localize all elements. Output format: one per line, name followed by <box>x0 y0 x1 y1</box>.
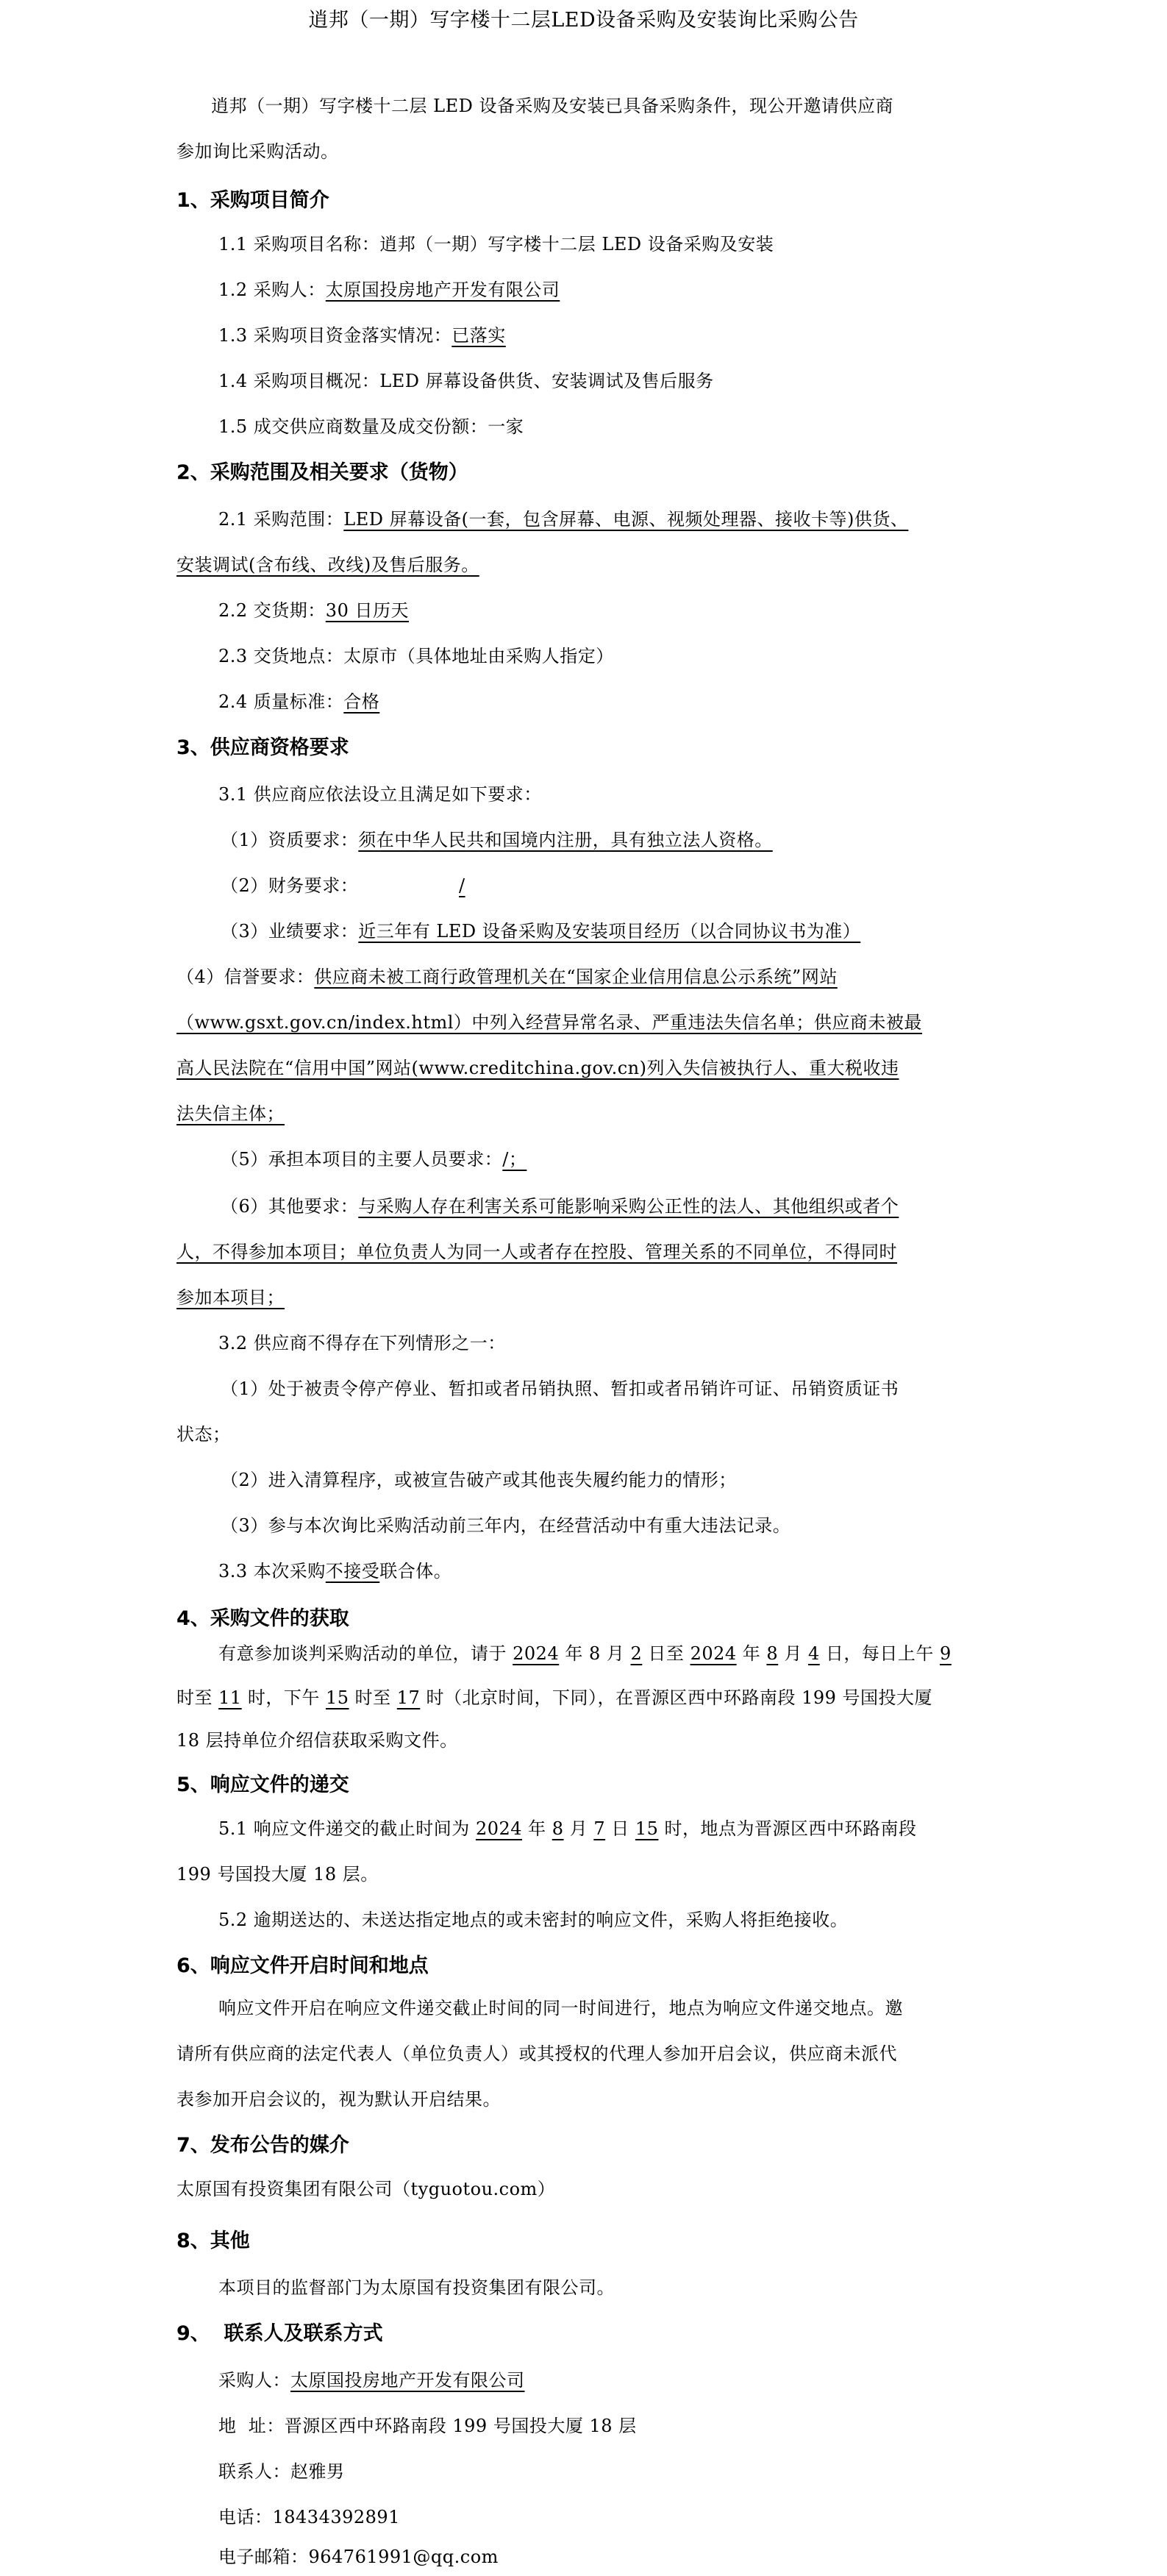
item-3-1: 3.1 供应商应依法设立且满足如下要求： <box>218 783 542 806</box>
s6-line-3: 表参加开启会议的，视为默认开启结果。 <box>176 2088 501 2111</box>
exclusion-1-cont: 状态； <box>176 1423 231 1446</box>
item-5-1-cont: 199 号国投大厦 18 层。 <box>176 1862 379 1886</box>
text: 日，每日上午 <box>820 1643 940 1664</box>
text: 年 <box>522 1818 552 1839</box>
purchaser-name: 太原国投房地产开发有限公司 <box>326 280 560 300</box>
label: 2.2 交货期： <box>218 600 326 621</box>
value: 一家 <box>488 416 524 437</box>
value: 30 日历天 <box>326 600 409 621</box>
text: 有意参加谈判采购活动的单位，请于 <box>218 1643 513 1664</box>
value: 赵雅男 <box>290 2461 345 2482</box>
req-6: （6）其他要求：与采购人存在利害关系可能影响采购公正性的法人、其他组织或者个 <box>221 1195 899 1218</box>
email-address: 964761991@qq.com <box>309 2547 499 2567</box>
item-2-1-cont: 安装调试(含布线、改线)及售后服务。 <box>176 553 479 577</box>
text: 时，下午 <box>242 1687 326 1708</box>
item-2-3: 2.3 交货地点：太原市（具体地址由采购人指定） <box>218 644 614 668</box>
value: 供应商未被工商行政管理机关在“国家企业信用信息公示系统”网站 <box>314 967 838 987</box>
text: 时至 <box>349 1687 397 1708</box>
text: 日 <box>605 1818 635 1839</box>
contact-person: 联系人：赵雅男 <box>218 2460 345 2483</box>
section-9-heading: 9、 联系人及联系方式 <box>176 2321 383 2346</box>
value: 近三年有 LED 设备采购及安装项目经历（以合同协议书为准） <box>358 921 860 942</box>
exclusion-2: （2）进入清算程序，或被宣告破产或其他丧失履约能力的情形； <box>221 1468 737 1492</box>
section-1-heading: 1、采购项目简介 <box>176 188 329 213</box>
hour: 11 <box>218 1687 242 1708</box>
label: 2.3 交货地点： <box>218 646 343 666</box>
text: 时，地点为晋源区西中环路南段 <box>658 1818 916 1839</box>
section-5-heading: 5、响应文件的递交 <box>176 1773 349 1798</box>
req-4-cont-3: 法失信主体； <box>176 1102 285 1125</box>
label: 1.3 采购项目资金落实情况： <box>218 325 452 346</box>
s4-line-3: 18 层持单位介绍信获取采购文件。 <box>176 1729 458 1752</box>
month: 8 <box>766 1643 778 1664</box>
hour: 15 <box>326 1687 349 1708</box>
exclusion-1: （1）处于被责令停产停业、暂扣或者吊销执照、暂扣或者吊销许可证、吊销资质证书 <box>221 1377 899 1401</box>
contact-email: 电子邮箱：964761991@qq.com <box>218 2545 499 2569</box>
label: 1.2 采购人： <box>218 280 326 300</box>
item-2-1: 2.1 采购范围：LED 屏幕设备(一套，包含屏幕、电源、视频处理器、接收卡等)… <box>218 508 908 531</box>
phone-number: 18434392891 <box>273 2507 400 2527</box>
day: 7 <box>593 1818 605 1839</box>
section-8-heading: 8、其他 <box>176 2229 250 2254</box>
value: LED 屏幕设备供货、安装调试及售后服务 <box>379 371 713 391</box>
item-1-2: 1.2 采购人：太原国投房地产开发有限公司 <box>218 278 560 302</box>
label: 采购人： <box>218 2370 290 2391</box>
value: 安装调试(含布线、改线)及售后服务。 <box>176 555 479 575</box>
label: （3）业绩要求： <box>221 921 358 942</box>
intro-line-2: 参加询比采购活动。 <box>176 140 339 163</box>
label: 地 址： <box>218 2416 285 2436</box>
item-3-3: 3.3 本次采购不接受联合体。 <box>218 1559 452 1583</box>
label: 1.5 成交供应商数量及成交份额： <box>218 416 488 437</box>
value: / <box>358 874 565 897</box>
item-5-2: 5.2 逾期送达的、未送达指定地点的或未密封的响应文件，采购人将拒绝接收。 <box>218 1908 848 1932</box>
item-2-4: 2.4 质量标准：合格 <box>218 690 379 714</box>
label: （6）其他要求： <box>221 1196 358 1217</box>
s6-line-1: 响应文件开启在响应文件递交截止时间的同一时间进行，地点为响应文件递交地点。邀 <box>218 1996 903 2020</box>
req-1: （1）资质要求：须在中华人民共和国境内注册，具有独立法人资格。 <box>221 828 773 852</box>
item-2-2: 2.2 交货期：30 日历天 <box>218 599 409 622</box>
item-1-3: 1.3 采购项目资金落实情况：已落实 <box>218 324 506 347</box>
hour: 15 <box>635 1818 659 1839</box>
contact-purchaser: 采购人：太原国投房地产开发有限公司 <box>218 2369 525 2392</box>
req-5: （5）承担本项目的主要人员要求：/； <box>221 1148 527 1171</box>
text: 时至 <box>176 1687 218 1708</box>
label: （4）信誉要求： <box>176 967 314 987</box>
s4-line-2: 时至 11 时，下午 15 时至 17 时（北京时间，下同），在晋源区西中环路南… <box>176 1686 932 1709</box>
text: 5.1 响应文件递交的截止时间为 <box>218 1818 476 1839</box>
label: 电话： <box>218 2507 273 2527</box>
req-4: （4）信誉要求：供应商未被工商行政管理机关在“国家企业信用信息公示系统”网站 <box>176 965 838 989</box>
label: 1.1 采购项目名称： <box>218 234 379 255</box>
text: 日至 <box>642 1643 690 1664</box>
value: 逍邦（一期）写字楼十二层 LED 设备采购及安装 <box>379 234 774 255</box>
section-2-heading: 2、采购范围及相关要求（货物） <box>176 460 468 485</box>
media-text: 太原国有投资集团有限公司（tyguotou.com） <box>176 2177 555 2201</box>
label: 电子邮箱： <box>218 2547 309 2567</box>
req-4-cont-2: 高人民法院在“信用中国”网站(www.creditchina.gov.cn)列入… <box>176 1056 899 1080</box>
label: （2）财务要求： <box>221 875 358 896</box>
label: 联系人： <box>218 2461 290 2482</box>
year: 2024 <box>513 1643 559 1664</box>
label: 2.1 采购范围： <box>218 509 343 530</box>
value: 太原市（具体地址由采购人指定） <box>343 646 614 666</box>
day: 4 <box>808 1643 820 1664</box>
item-1-5: 1.5 成交供应商数量及成交份额：一家 <box>218 415 524 438</box>
month: 8 <box>552 1818 564 1839</box>
s4-line-1: 有意参加谈判采购活动的单位，请于 2024 年 8 月 2 日至 2024 年 … <box>218 1642 952 1665</box>
section-7-heading: 7、发布公告的媒介 <box>176 2133 349 2158</box>
text: 月 <box>564 1818 594 1839</box>
section-6-heading: 6、响应文件开启时间和地点 <box>176 1954 429 1979</box>
exclusion-3: （3）参与本次询比采购活动前三年内，在经营活动中有重大违法记录。 <box>221 1514 791 1537</box>
text: 3.3 本次采购 <box>218 1561 326 1581</box>
label: （5）承担本项目的主要人员要求： <box>221 1149 502 1170</box>
text: 年 8 月 <box>559 1643 630 1664</box>
text: 时（北京时间，下同），在晋源区西中环路南段 199 号国投大厦 <box>420 1687 932 1708</box>
value: 须在中华人民共和国境内注册，具有独立法人资格。 <box>358 830 773 850</box>
text: 月 <box>778 1643 808 1664</box>
hour: 17 <box>397 1687 421 1708</box>
label: 1.4 采购项目概况： <box>218 371 379 391</box>
req-6-cont-1: 人，不得参加本项目；单位负责人为同一人或者存在控股、管理关系的不同单位，不得同时 <box>176 1240 897 1264</box>
supervision-text: 本项目的监督部门为太原国有投资集团有限公司。 <box>218 2276 615 2299</box>
item-5-1: 5.1 响应文件递交的截止时间为 2024 年 8 月 7 日 15 时，地点为… <box>218 1817 917 1840</box>
hour: 9 <box>940 1643 952 1664</box>
day: 2 <box>631 1643 643 1664</box>
value: 已落实 <box>452 325 506 346</box>
value: 合格 <box>343 691 379 712</box>
value: 不接受 <box>326 1561 380 1581</box>
label: 2.4 质量标准： <box>218 691 343 712</box>
value: 高人民法院在“信用中国”网站(www.creditchina.gov.cn)列入… <box>176 1058 899 1078</box>
page-title: 逍邦（一期）写字楼十二层LED设备采购及安装询比采购公告 <box>0 7 1167 34</box>
req-4-cont-1: （www.gsxt.gov.cn/index.html）中列入经营异常名录、严重… <box>176 1011 922 1034</box>
year: 2024 <box>476 1818 522 1839</box>
contact-phone: 电话：18434392891 <box>218 2505 400 2529</box>
req-3: （3）业绩要求：近三年有 LED 设备采购及安装项目经历（以合同协议书为准） <box>221 919 860 943</box>
item-3-2: 3.2 供应商不得存在下列情形之一： <box>218 1331 506 1355</box>
year: 2024 <box>690 1643 737 1664</box>
value: 人，不得参加本项目；单位负责人为同一人或者存在控股、管理关系的不同单位，不得同时 <box>176 1242 897 1262</box>
value: 晋源区西中环路南段 199 号国投大厦 18 层 <box>285 2416 637 2436</box>
section-3-heading: 3、供应商资格要求 <box>176 736 349 761</box>
value: （www.gsxt.gov.cn/index.html）中列入经营异常名录、严重… <box>176 1012 922 1033</box>
section-4-heading: 4、采购文件的获取 <box>176 1607 349 1632</box>
req-6-cont-2: 参加本项目； <box>176 1286 285 1309</box>
item-1-1: 1.1 采购项目名称：逍邦（一期）写字楼十二层 LED 设备采购及安装 <box>218 232 774 256</box>
value: LED 屏幕设备(一套，包含屏幕、电源、视频处理器、接收卡等)供货、 <box>343 509 908 530</box>
value: 法失信主体； <box>176 1103 285 1124</box>
item-1-4: 1.4 采购项目概况：LED 屏幕设备供货、安装调试及售后服务 <box>218 369 714 393</box>
value: 与采购人存在利害关系可能影响采购公正性的法人、其他组织或者个 <box>358 1196 899 1217</box>
intro-line-1: 逍邦（一期）写字楼十二层 LED 设备采购及安装已具备采购条件，现公开邀请供应商 <box>211 94 893 118</box>
value: 太原国投房地产开发有限公司 <box>290 2370 525 2391</box>
s6-line-2: 请所有供应商的法定代表人（单位负责人）或其授权的代理人参加开启会议，供应商未派代 <box>176 2042 897 2066</box>
text: 年 <box>737 1643 767 1664</box>
value: /； <box>502 1149 527 1170</box>
req-2: （2）财务要求：/ <box>221 874 565 897</box>
contact-address: 地 址：晋源区西中环路南段 199 号国投大厦 18 层 <box>218 2414 637 2438</box>
value: 参加本项目； <box>176 1287 285 1308</box>
label: （1）资质要求： <box>221 830 358 850</box>
text: 联合体。 <box>379 1561 452 1581</box>
